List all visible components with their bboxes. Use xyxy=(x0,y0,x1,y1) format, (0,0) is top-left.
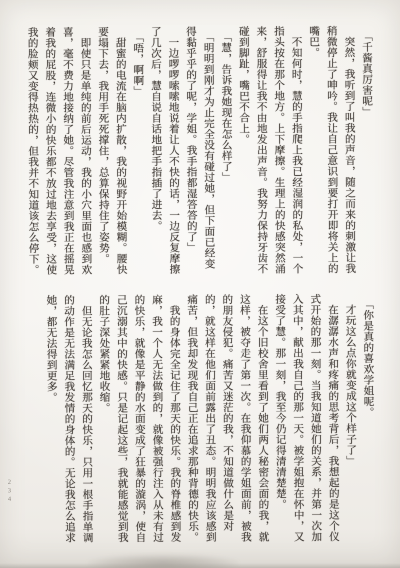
text-column: 我的身体完全记住了那天的快乐。我的脊椎感到发 xyxy=(165,294,184,548)
text-column: 麻，我一个人无法做到的，就像被强行注入从未有过 xyxy=(147,294,166,548)
text-column: 痛苦，但我却发现我自己正在追求那种背德的快乐。 xyxy=(183,294,202,548)
text-column: 「唔，啊啊」 xyxy=(129,26,148,276)
text-column: 我的脸颊又变得热热的，但我并不知道该怎么停下。 xyxy=(23,27,42,277)
upper-text-block: 「千酱真厉害呢」 突然，我听到了叫我的声音，随之而来的刺激让我 稍微停止了呻吟。… xyxy=(23,25,376,277)
text-column: 不知何时，慧的手指爬上我已经湿润的私处，一个 xyxy=(287,26,306,276)
page-number: 234 xyxy=(6,479,13,505)
text-column: 才玩这么点你就变成这个样子了」 xyxy=(341,293,360,547)
text-column: 的快乐，就像是平静的水面变成了狂暴的漩涡，使自 xyxy=(130,294,149,548)
text-column: 得黏乎乎的了呢，学姐。我手指都湿答答的了」 xyxy=(181,26,200,276)
lower-text-block: 「你是真的喜欢学姐呢。 才玩这么点你就变成这个样子了」 在潺潺水声和疼痛的思考背… xyxy=(42,293,377,548)
text-column: 指头按在那个地方。上下摩擦。生理上的快感突然涌 xyxy=(269,26,288,276)
text-column: 一边啰啰嗦嗦地说着让人不快的话，一边反复摩擦 xyxy=(164,26,183,276)
text-column: 碰到脚趾，嘴巴不合上。 xyxy=(234,26,253,276)
text-column: 要塌下去，我用手死死撑住，总算保持住了姿势。 xyxy=(93,26,112,276)
text-column: 「千酱真厉害呢」 xyxy=(357,25,376,275)
text-column: 但无论我怎么回忆那天的快乐，只用一根手指单调 xyxy=(77,294,96,548)
text-column: 的动作是无法满足我发情的身体的。无论我怎么追求 xyxy=(59,295,78,549)
text-column: 的肚子深处紧紧地收缩。 xyxy=(95,294,114,548)
text-column: 突然，我听到了叫我的声音，随之而来的刺激让我 xyxy=(340,25,359,275)
text-column: 的朋友侵犯。痛苦又迷茫的我，不知道做什么是对 xyxy=(218,294,237,548)
text-column: 「你是真的喜欢学姐呢。 xyxy=(358,293,377,547)
text-column: 入其中，献出我自己的那一天。被学姐抱在怀中，又 xyxy=(288,294,307,548)
text-column: 这样，被夺走了第一次。在我仰慕的学姐面前，被我 xyxy=(235,294,254,548)
text-column: 着我的屁股，连微小的快乐都不放过地去享受，这使 xyxy=(41,27,60,277)
text-column: 「明明到刚才为止完全没有碰过她，但下面已经变 xyxy=(199,26,218,276)
text-column: 「慧，告诉我她现在怎么样了」 xyxy=(217,26,236,276)
text-column: 喜，毫不费力地接纳了她。尽管我注意到我正在摇晃 xyxy=(58,27,77,277)
page-bottom-edge-shadow xyxy=(0,563,400,568)
text-column: 在这个旧校舍里看到了她们两人秘密会面的我，就 xyxy=(253,294,272,548)
text-column: 稍微停止了呻吟。我让自己意识到要打开即将关上的 xyxy=(322,25,341,275)
text-column: 在潺潺水声和疼痛的思考背后，我想起的是这个仪 xyxy=(323,293,342,547)
text-column: 甜蜜的电流在脑内扩散，我的视野开始模糊。腰快 xyxy=(111,26,130,276)
text-column: 式开始的那一刻。当我知道她们的关系，并第一次加 xyxy=(306,293,325,547)
text-column: 了几次后，慧自说自话地把手指插了进去。 xyxy=(146,26,165,276)
text-column: 接受了慧。那一刻，我至今仍记得清清楚楚。 xyxy=(270,294,289,548)
text-column: 来，舒服得让我不由地发出声音。我努力保持牙齿不 xyxy=(252,26,271,276)
text-column: 己沉溺其中的快感。只是记起这些，我就能感觉到我 xyxy=(112,294,131,548)
page: 「千酱真厉害呢」 突然，我听到了叫我的声音，随之而来的刺激让我 稍微停止了呻吟。… xyxy=(0,0,400,568)
text-column: 的，就这样在他们面前露出了丑态。明明我应该感到 xyxy=(200,294,219,548)
text-column: 嘴巴。 xyxy=(304,25,323,275)
text-column: 她，都无法得到更多。 xyxy=(42,295,61,549)
text-column: 即使只是单纯的前后运动，我的小穴里面也感到欢 xyxy=(76,26,95,276)
